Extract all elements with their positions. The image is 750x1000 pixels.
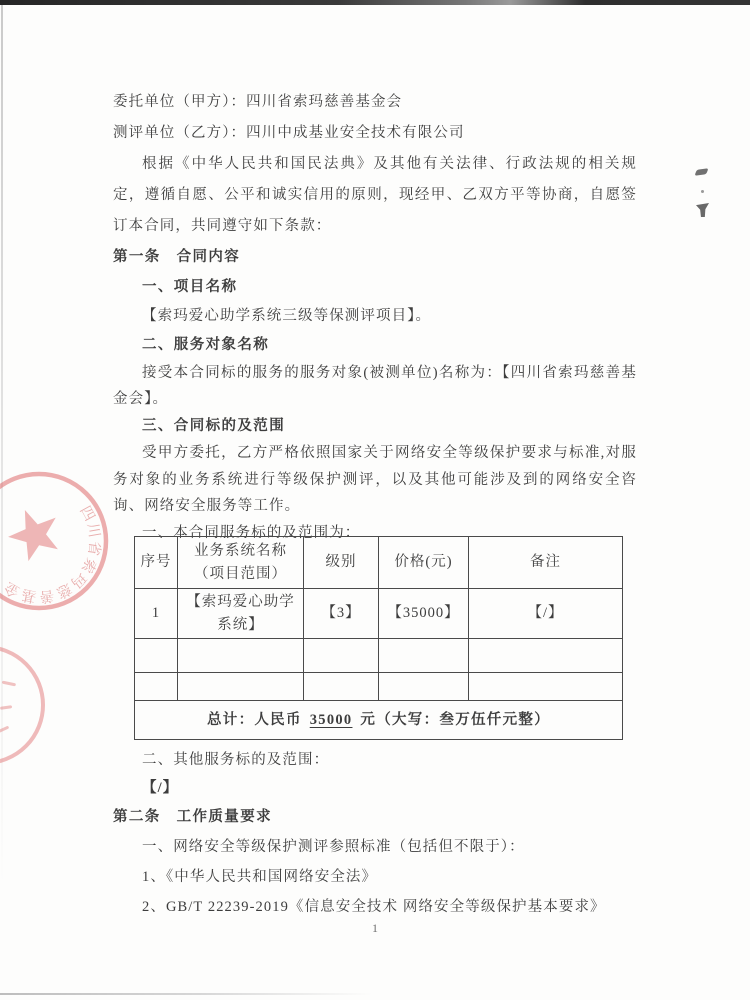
contract-body: 委托单位（甲方）：四川省索玛慈善基金会 测评单位（乙方）：四川中成基业安全技术有… xyxy=(113,87,637,546)
scan-artifact xyxy=(701,190,704,193)
table-cell xyxy=(135,639,178,673)
project-name-value: 【索玛爱心助学系统三级等保测评项目】。 xyxy=(113,302,637,330)
contract-body-continued: 二、其他服务标的及范围： 【/】 第二条 工作质量要求 一、网络安全等级保护测评… xyxy=(113,746,637,922)
scan-artifact xyxy=(694,168,708,175)
service-object-paragraph: 接受本合同标的服务的服务对象(被测单位)名称为：【四川省索玛慈善基金会】。 xyxy=(113,360,637,412)
table-cell xyxy=(304,673,379,701)
page-number: 1 xyxy=(0,921,750,936)
article-1-section-3-title: 三、合同标的及范围 xyxy=(113,412,637,440)
article-1-section-1-title: 一、项目名称 xyxy=(113,272,637,302)
table-header-cell: 业务系统名称 （项目范围） xyxy=(178,537,304,589)
table-cell xyxy=(379,673,469,701)
table-cell xyxy=(135,673,178,701)
stamp-partial xyxy=(0,647,43,763)
stamp-star xyxy=(1,500,67,565)
scope-paragraph: 受甲方委托，乙方严格依照国家关于网络安全等级保护要求与标准,对服务对象的业务系统… xyxy=(113,440,637,520)
scan-bottom-edge xyxy=(0,993,372,995)
table-cell xyxy=(469,673,623,701)
stamp-partial-ring xyxy=(0,647,43,763)
service-scope-table: 序号 业务系统名称 （项目范围） 级别 价格(元) 备注 1 【索玛爱心助学 系… xyxy=(134,536,623,740)
total-suffix: 元（大写：叁万伍仟元整） xyxy=(355,712,550,728)
stamp-partial-mark xyxy=(0,726,9,733)
table-total-cell: 总计：人民币 35000 元（大写：叁万伍仟元整） xyxy=(135,701,623,740)
table-cell xyxy=(178,673,304,701)
article-2-section-1-title: 一、网络安全等级保护测评参照标准（包括但不限于）： xyxy=(113,832,637,862)
stamp-partial-mark xyxy=(2,681,16,687)
table-total-row: 总计：人民币 35000 元（大写：叁万伍仟元整） xyxy=(135,701,623,740)
standard-item-1: 1、《中华人民共和国网络安全法》 xyxy=(113,862,637,892)
stamp-partial-mark xyxy=(0,705,12,710)
table-cell: 【/】 xyxy=(469,589,623,639)
table-row xyxy=(135,673,623,701)
total-prefix: 总计：人民币 xyxy=(207,712,307,728)
preamble-paragraph: 根据《中华人民共和国民法典》及其他有关法律、行政法规的相关规定，遵循自愿、公平和… xyxy=(113,149,637,242)
article-1-section-2-title: 二、服务对象名称 xyxy=(113,330,637,360)
table-cell: 【索玛爱心助学 系统】 xyxy=(178,589,304,639)
table-cell xyxy=(178,639,304,673)
table-cell: 【35000】 xyxy=(379,589,469,639)
standard-item-2: 2、GB/T 22239-2019《信息安全技术 网络安全等级保护基本要求》 xyxy=(113,892,637,922)
article-2-heading: 第二条 工作质量要求 xyxy=(113,802,637,832)
party-b-line: 测评单位（乙方）：四川中成基业安全技术有限公司 xyxy=(113,118,637,149)
table-cell xyxy=(304,639,379,673)
party-a-line: 委托单位（甲方）：四川省索玛慈善基金会 xyxy=(113,87,637,118)
total-amount: 35000 xyxy=(307,712,356,728)
table-row xyxy=(135,639,623,673)
table-header-cell: 价格(元) xyxy=(379,537,469,589)
table-header-row: 序号 业务系统名称 （项目范围） 级别 价格(元) 备注 xyxy=(135,537,623,589)
scan-artifact xyxy=(696,203,709,217)
scope-list-2-title: 二、其他服务标的及范围： xyxy=(113,746,637,774)
table-header-cell: 备注 xyxy=(469,537,623,589)
table-header-cell: 级别 xyxy=(304,537,379,589)
table-cell: 【3】 xyxy=(304,589,379,639)
table-cell: 1 xyxy=(135,589,178,639)
scope-list-2-value: 【/】 xyxy=(113,774,637,802)
table-header-cell: 序号 xyxy=(135,537,178,589)
table-row: 1 【索玛爱心助学 系统】 【3】 【35000】 【/】 xyxy=(135,589,623,639)
table-cell xyxy=(469,639,623,673)
scanned-contract-page: 四川省索玛慈善基金会 委托单位（甲方）：四川省索玛慈善基金会 测评单位（乙方）：… xyxy=(0,0,750,1000)
article-1-heading: 第一条 合同内容 xyxy=(113,242,637,272)
scan-top-edge xyxy=(0,0,750,5)
table-cell xyxy=(379,639,469,673)
